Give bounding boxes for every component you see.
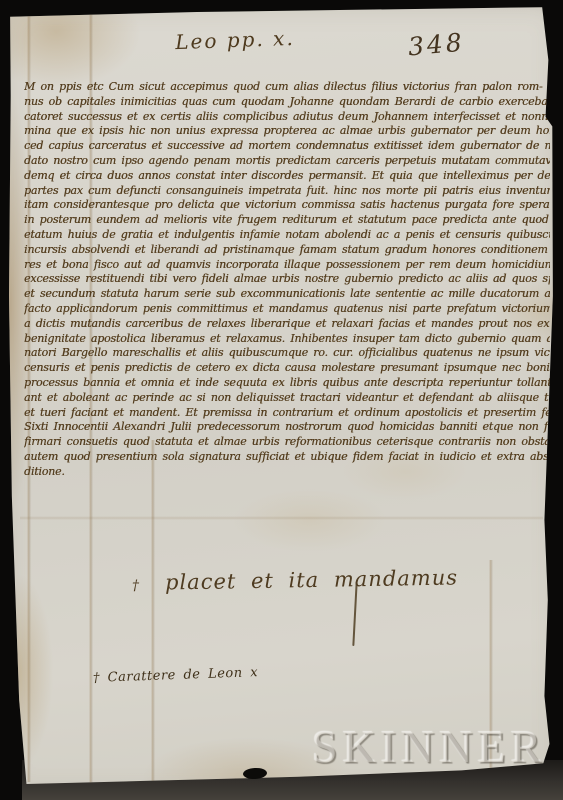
attribution-note: † Carattere de Leon x [93,665,259,686]
manuscript-line: a dictis mutandis carceribus de relaxes … [24,317,550,332]
manuscript-line: dato nostro cum ipso agendo penam mortis… [24,154,550,169]
manuscript-header: Leo pp. x. [150,25,321,55]
approval-cross: † [132,578,139,594]
manuscript-line: etatum huius de gratia et indulgentis in… [24,228,550,243]
manuscript-line: partes pax cum defuncti consanguineis im… [24,184,550,199]
manuscript-line: mina que ex ipsis hic non unius expressa… [24,124,550,139]
manuscript-line: benignitate apostolica liberamus et rela… [24,332,550,347]
manuscript-line: nus ob capitales inimicitias quas cum qu… [24,95,550,110]
manuscript-line: in posterum eundem ad melioris vite frug… [24,213,550,228]
manuscript-line: itam considerantesque pro delicta que vi… [24,198,550,213]
manuscript-line: censuris et penis predictis de cetero ex… [24,361,550,376]
manuscript-line: res et bona fisco aut ad quamvis incorpo… [24,258,550,273]
manuscript-line: excessisse restituendi tibi vero fideli … [24,272,550,287]
manuscript-body: M on ppis etc Cum sicut accepimus quod c… [24,80,550,504]
manuscript-line: processus bannia et omnia et inde sequut… [24,376,550,391]
manuscript-line: incursis absolvendi et liberandi ad pris… [24,243,550,258]
manuscript-line: facto applicandorum penis committimus et… [24,302,550,317]
manuscript-line: demq et circa duos annos constat inter d… [24,169,550,184]
photograph-of-manuscript: Leo pp. x. 348 M on ppis etc Cum sicut a… [0,0,563,800]
manuscript-line: et tueri faciant et mandent. Et premissa… [24,406,550,421]
skinner-watermark: SKINNER [312,720,546,773]
manuscript-line: ditione. [24,465,550,480]
manuscript-line: Sixti Innocentii Alexandri Julii predece… [24,420,550,435]
manuscript-line: autem quod presentium sola signatura suf… [24,450,550,465]
pen-stroke [352,582,357,646]
paper: Leo pp. x. 348 M on ppis etc Cum sicut a… [0,0,563,800]
manuscript-line: natori Bargello mareschallis et aliis qu… [24,346,550,361]
manuscript-line: ant et aboleant ac perinde ac si non del… [24,391,550,406]
manuscript-line: M on ppis etc Cum sicut accepimus quod c… [24,80,550,95]
fold-crease [20,516,543,520]
manuscript-line: firmari consuetis quod statuta et almae … [24,435,550,450]
manuscript-line: ced capius carceratus et successive ad m… [24,139,550,154]
lot-number: 348 [407,28,466,62]
manuscript-line: catoret successus et ex certis aliis com… [24,110,550,125]
approval-inscription: placet et ita mandamus [165,565,458,594]
manuscript-line: et secundum statuta harum serie sub exco… [24,287,550,302]
